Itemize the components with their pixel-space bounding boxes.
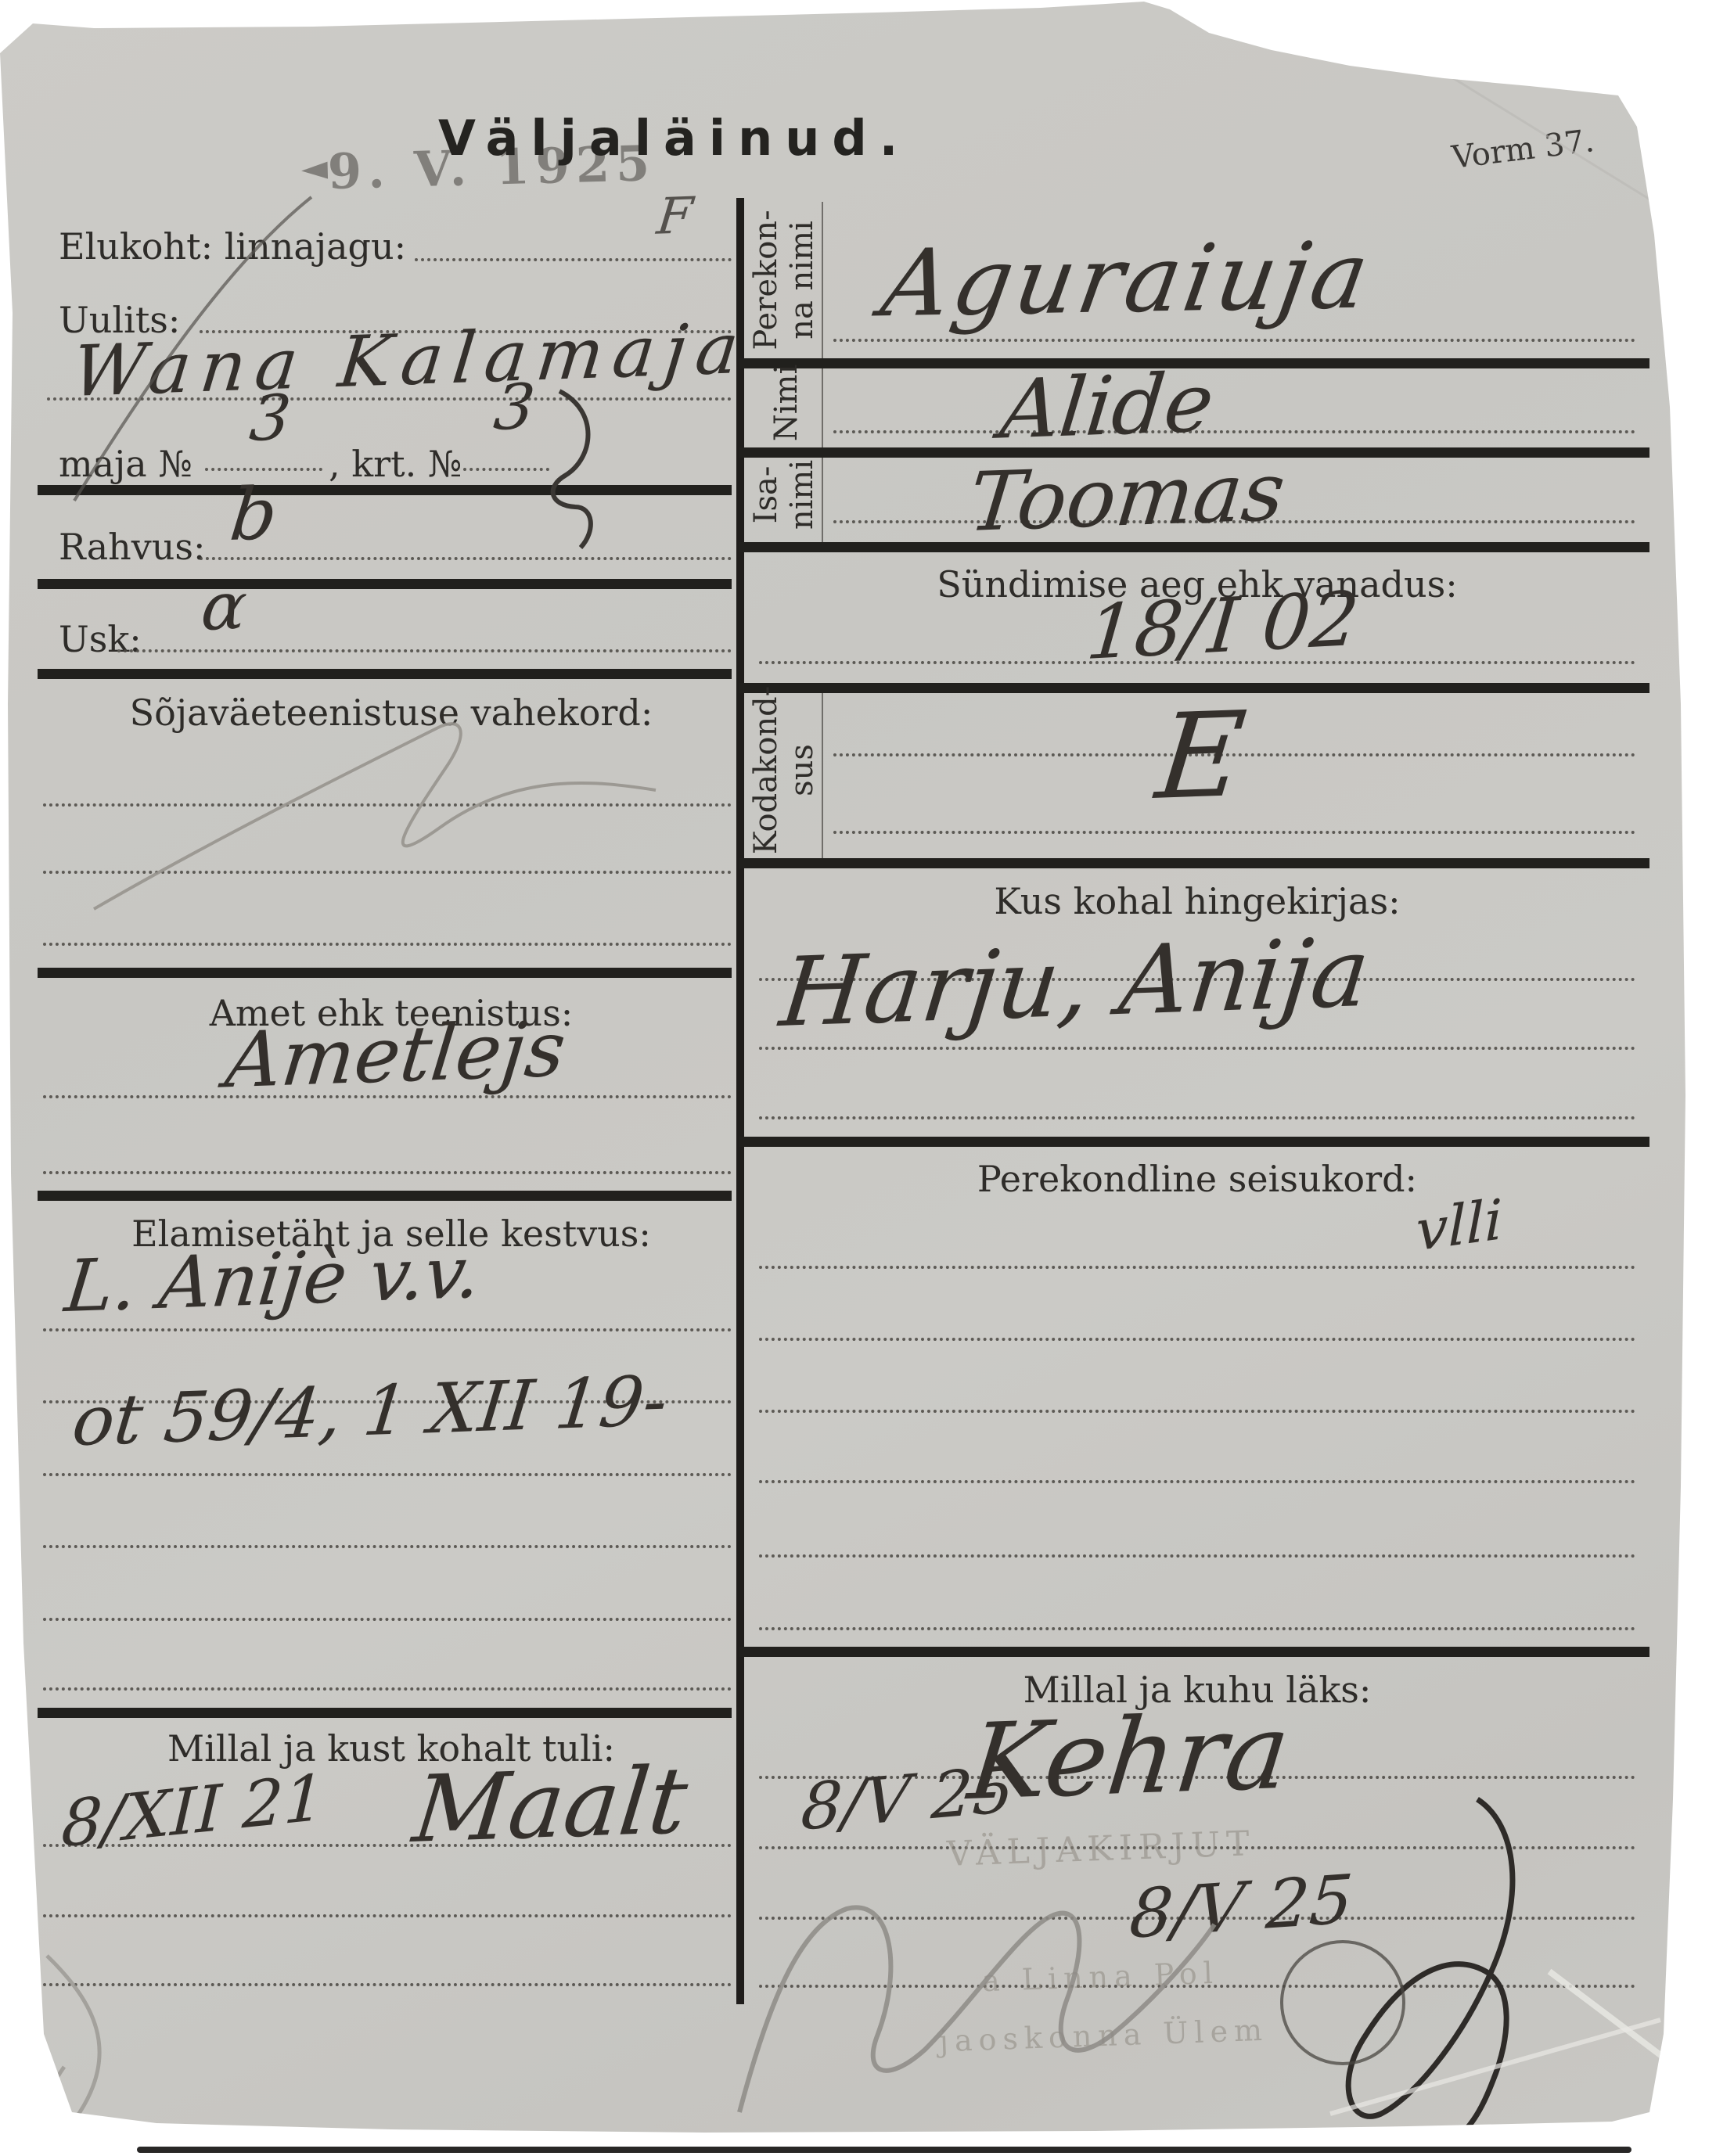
father-name-label-line2: nimi	[784, 460, 820, 530]
family-name-vertical-label: Perekon- na nimi	[748, 202, 820, 358]
bottom-stamp-line3: jaoskonna Ülem	[938, 2013, 1268, 2059]
dotted-line	[833, 339, 1635, 342]
residence-permit-handwritten-line1: L. Anijè v.v.	[61, 1231, 484, 1328]
residence-permit-handwritten-line2: ot 59/4, 1 XII 19-	[69, 1360, 671, 1461]
residence-district-label: Elukoht: linnajagu:	[59, 225, 406, 268]
military-section-pencil-flourish	[94, 724, 656, 909]
dotted-line	[43, 1687, 732, 1691]
first-name-handwritten-value: Alide	[996, 354, 1218, 457]
rule-bar	[739, 1647, 1649, 1657]
parish-register-label: Kus kohal hingekirjas:	[845, 880, 1549, 922]
rule-bar	[739, 858, 1649, 868]
dotted-line	[759, 1338, 1635, 1341]
dotted-line	[759, 1480, 1635, 1483]
dotted-line	[43, 871, 732, 874]
curly-flourish-stroke	[553, 391, 591, 548]
page-title: Väljaläinud.	[438, 110, 910, 167]
citizenship-label-cell-separator	[822, 683, 823, 858]
scan-edge-streak	[137, 2147, 1631, 2153]
dotted-line	[43, 803, 732, 807]
birth-date-handwritten-value: 18/I 02	[1083, 575, 1362, 677]
paper-sheet: ◄9. V. 1925 Väljaläinud. Vorm 37. Elukoh…	[0, 0, 1734, 2156]
family-name-label-line1: Perekon-	[748, 210, 784, 350]
stamp-arrow-icon: ◄	[300, 148, 328, 189]
rule-bar	[38, 1708, 732, 1718]
first-name-vertical-label: Nimi	[753, 361, 820, 444]
rule-bar	[38, 485, 732, 495]
religion-handwritten-value: α	[198, 567, 250, 645]
citizenship-label-line1: Kodakond-	[748, 686, 784, 855]
scanned-form-page: ◄9. V. 1925 Väljaläinud. Vorm 37. Elukoh…	[0, 0, 1734, 2156]
departure-date2-handwritten-value: 8/V 25	[1127, 1860, 1355, 1953]
father-name-handwritten-value: Toomas	[965, 444, 1290, 550]
family-status-handwritten-value: vlli	[1416, 1187, 1502, 1263]
departure-place-handwritten-value: Kehra	[963, 1691, 1295, 1824]
dotted-line	[415, 258, 732, 261]
dotted-line	[43, 1618, 732, 1621]
paper-left-edge-shadow	[5, 986, 8, 1784]
bottom-stamp-line1: VÄLJAKIRJUT	[946, 1824, 1256, 1874]
dotted-line	[43, 1171, 732, 1174]
house-number-handwritten-value: 3	[246, 381, 294, 455]
ink-signature-loop	[1282, 1942, 1404, 2064]
dotted-line	[833, 430, 1635, 433]
apartment-number-handwritten-value: 3	[491, 370, 538, 444]
family-status-label: Perekondline seisukord:	[845, 1158, 1549, 1200]
rule-bar	[38, 968, 732, 978]
dotted-line	[205, 468, 322, 471]
dotted-line	[43, 1328, 732, 1331]
dotted-line	[759, 1047, 1635, 1050]
occupation-handwritten-value: Ametlejs	[221, 1005, 570, 1106]
father-name-label-line1: Isa-	[748, 466, 784, 524]
parish-register-handwritten-value: Harju, Anija	[775, 917, 1375, 1048]
dotted-line	[759, 1410, 1635, 1413]
dotted-line	[833, 831, 1635, 834]
nationality-handwritten-value: b	[226, 472, 281, 557]
name-label-cell-separator	[822, 202, 823, 542]
apartment-number-label: , krt. №	[329, 443, 462, 485]
bottom-left-pencil-mark	[46, 1956, 99, 2131]
rule-bar	[739, 1137, 1649, 1147]
dotted-line	[759, 1627, 1635, 1630]
citizenship-label-line2: sus	[784, 744, 820, 796]
dotted-line	[200, 557, 732, 560]
center-divider	[736, 198, 744, 2004]
father-name-vertical-label: Isa- nimi	[748, 450, 820, 540]
citizenship-handwritten-value: E	[1151, 687, 1251, 826]
dotted-line	[43, 1983, 732, 1986]
military-service-label: Sõjaväeteenistuse vahekord:	[117, 692, 665, 734]
dotted-line	[43, 943, 732, 946]
rule-bar	[38, 1191, 732, 1201]
arrival-place-handwritten-value: Maalt	[408, 1746, 693, 1863]
rule-bar	[739, 542, 1649, 552]
crease-line	[1377, 31, 1659, 205]
rule-bar	[38, 579, 732, 589]
dotted-line	[463, 468, 549, 471]
bottom-stamp-line2: a Linna Pol	[981, 1956, 1219, 1999]
first-name-label: Nimi	[768, 365, 804, 442]
citizenship-vertical-label: Kodakond- sus	[748, 686, 820, 854]
dotted-line	[43, 1473, 732, 1476]
ink-signature	[1348, 1799, 1513, 2141]
form-number: Vorm 37.	[1450, 123, 1596, 176]
crease-line	[1330, 2020, 1660, 2114]
house-number-label: maja №	[59, 443, 192, 485]
nationality-label: Rahvus:	[59, 526, 205, 568]
dotted-line	[43, 1914, 732, 1917]
district-handwritten-value: F	[654, 187, 695, 246]
dotted-line	[117, 649, 732, 652]
religion-label: Usk:	[59, 618, 142, 660]
dotted-line	[759, 1116, 1635, 1119]
family-name-label-line2: na nimi	[784, 221, 820, 340]
rule-bar	[38, 669, 732, 679]
dotted-line	[43, 1545, 732, 1548]
dotted-line	[759, 1266, 1635, 1269]
family-name-handwritten-value: Aguraiuja	[875, 221, 1379, 338]
dotted-line	[759, 1554, 1635, 1558]
